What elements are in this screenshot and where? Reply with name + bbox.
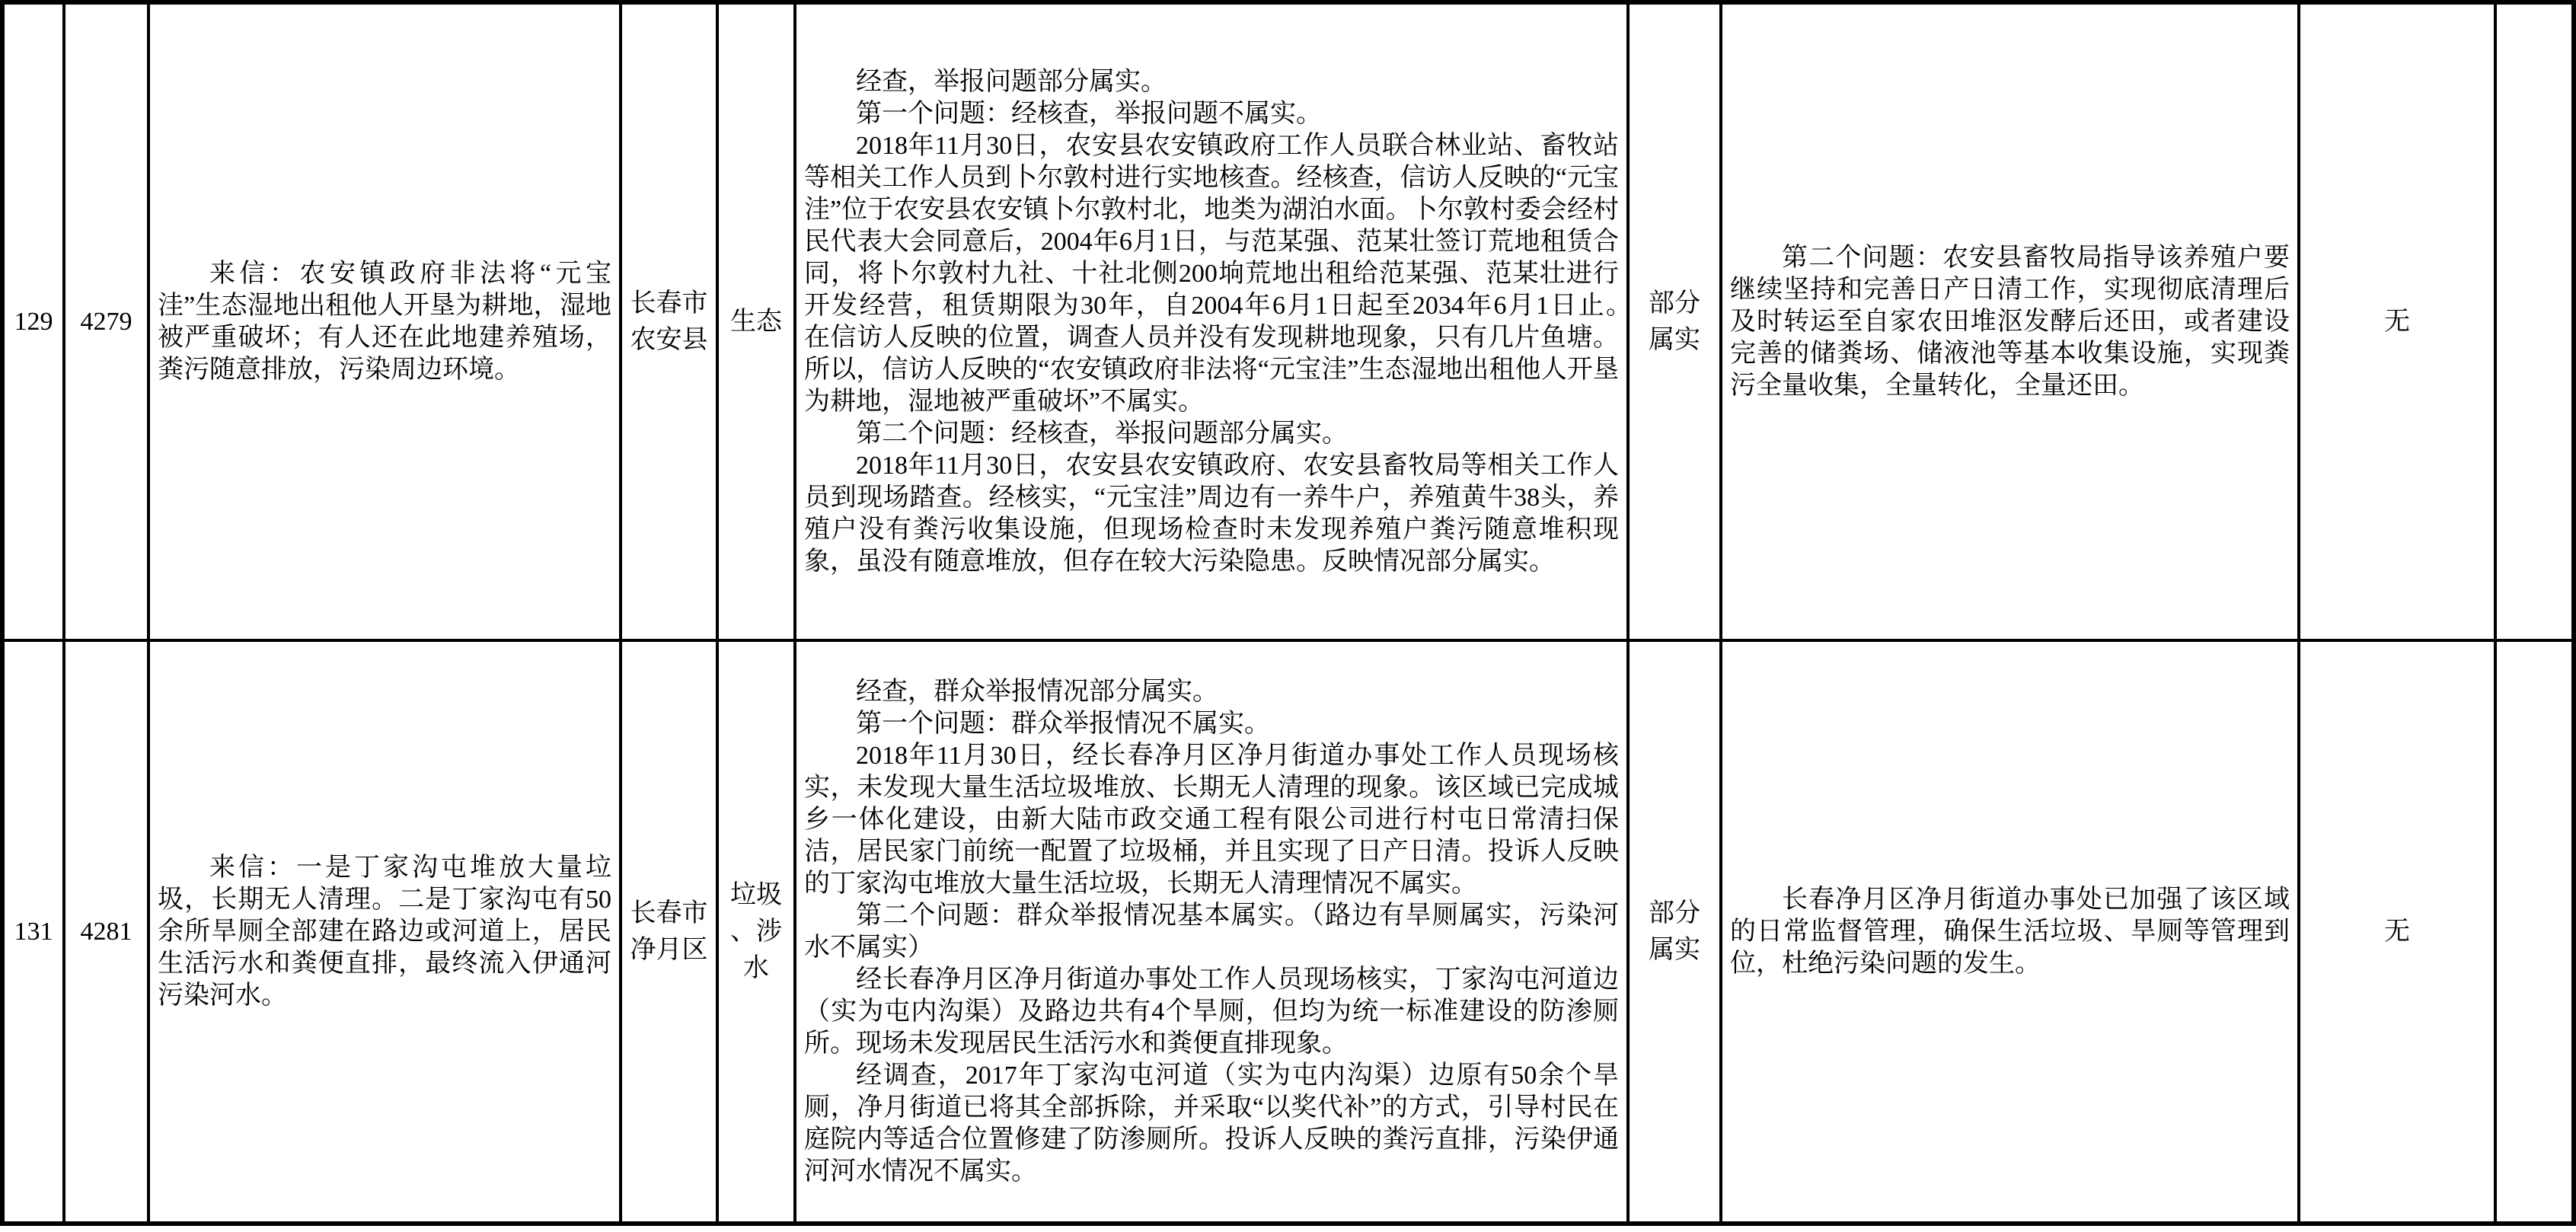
complaint-text: 来信：一是丁家沟屯堆放大量垃圾，长期无人清理。二是丁家沟屯有50余所旱厕全部建在… [158, 852, 611, 1012]
complaint-text: 来信：农安镇政府非法将“元宝洼”生态湿地出租他人开垦为耕地，湿地被严重破坏；有人… [158, 258, 611, 386]
investigation-paragraph: 经长春净月区净月街道办事处工作人员现场核实，丁家沟屯河道边（实为屯内沟渠）及路边… [804, 964, 1619, 1060]
empty-cell [2495, 2, 2574, 640]
complaint-ledger-table: 129 4279 来信：农安镇政府非法将“元宝洼”生态湿地出租他人开垦为耕地，湿… [0, 0, 2576, 1226]
record-row: 131 4281 来信：一是丁家沟屯堆放大量垃圾，长期无人清理。二是丁家沟屯有5… [2, 640, 2574, 1224]
region-cell: 长春市净月区 [621, 640, 717, 1224]
verdict-text: 部分属实 [1646, 895, 1703, 969]
accountability-cell: 无 [2299, 2, 2495, 640]
accountability-text: 无 [2384, 308, 2410, 336]
investigation-paragraph: 经查，举报问题部分属实。 [804, 66, 1619, 98]
investigation-paragraph: 经调查，2017年丁家沟屯河道（实为屯内沟渠）边原有50余个旱厕，净月街道已将其… [804, 1060, 1619, 1188]
rectification-cell: 长春净月区净月街道办事处已加强了该区域的日常监督管理，确保生活垃圾、旱厕等管理到… [1721, 640, 2299, 1224]
verdict-cell: 部分属实 [1628, 2, 1721, 640]
serial-cell: 129 [2, 2, 64, 640]
investigation-paragraph: 2018年11月30日，农安县农安镇政府、农安县畜牧局等相关工作人员到现场踏查。… [804, 450, 1619, 578]
investigation-cell: 经查，举报问题部分属实。 第一个问题：经核查，举报问题不属实。 2018年11月… [795, 2, 1628, 640]
category-cell: 生态 [717, 2, 795, 640]
complaint-cell: 来信：一是丁家沟屯堆放大量垃圾，长期无人清理。二是丁家沟屯有50余所旱厕全部建在… [148, 640, 621, 1224]
region-text: 长春市农安县 [627, 286, 711, 359]
investigation-paragraph: 2018年11月30日，经长春净月区净月街道办事处工作人员现场核实，未发现大量生… [804, 740, 1619, 900]
investigation-paragraph: 经查，群众举报情况部分属实。 [804, 676, 1619, 708]
investigation-cell: 经查，群众举报情况部分属实。 第一个问题：群众举报情况不属实。 2018年11月… [795, 640, 1628, 1224]
serial-number: 129 [14, 308, 53, 336]
rectification-paragraph: 第二个问题：农安县畜牧局指导该养殖户要继续坚持和完善日产日清工作，实现彻底清理后… [1730, 242, 2290, 402]
category-text: 垃圾、涉水 [728, 877, 784, 987]
investigation-paragraph: 第一个问题：群众举报情况不属实。 [804, 708, 1619, 740]
accountability-text: 无 [2384, 918, 2410, 946]
case-number-cell: 4281 [64, 640, 148, 1224]
investigation-paragraph: 2018年11月30日，农安县农安镇政府工作人员联合林业站、畜牧站等相关工作人员… [804, 130, 1619, 418]
investigation-paragraph: 第二个问题：经核查，举报问题部分属实。 [804, 418, 1619, 450]
category-text: 生态 [728, 304, 784, 340]
category-cell: 垃圾、涉水 [717, 640, 795, 1224]
case-number-cell: 4279 [64, 2, 148, 640]
investigation-paragraph: 第二个问题：群众举报情况基本属实。（路边有旱厕属实，污染河水不属实） [804, 900, 1619, 964]
rectification-paragraph: 长春净月区净月街道办事处已加强了该区域的日常监督管理，确保生活垃圾、旱厕等管理到… [1730, 884, 2290, 980]
empty-cell [2495, 640, 2574, 1224]
accountability-cell: 无 [2299, 640, 2495, 1224]
case-number: 4279 [81, 308, 132, 336]
case-number: 4281 [81, 918, 132, 946]
rectification-cell: 第二个问题：农安县畜牧局指导该养殖户要继续坚持和完善日产日清工作，实现彻底清理后… [1721, 2, 2299, 640]
serial-cell: 131 [2, 640, 64, 1224]
investigation-paragraph: 第一个问题：经核查，举报问题不属实。 [804, 98, 1619, 130]
complaint-cell: 来信：农安镇政府非法将“元宝洼”生态湿地出租他人开垦为耕地，湿地被严重破坏；有人… [148, 2, 621, 640]
verdict-text: 部分属实 [1646, 286, 1703, 359]
serial-number: 131 [14, 918, 53, 946]
region-text: 长春市净月区 [627, 895, 711, 969]
verdict-cell: 部分属实 [1628, 640, 1721, 1224]
record-row: 129 4279 来信：农安镇政府非法将“元宝洼”生态湿地出租他人开垦为耕地，湿… [2, 2, 2574, 640]
region-cell: 长春市农安县 [621, 2, 717, 640]
complaint-ledger-sheet: 129 4279 来信：农安镇政府非法将“元宝洼”生态湿地出租他人开垦为耕地，湿… [0, 0, 2576, 1232]
